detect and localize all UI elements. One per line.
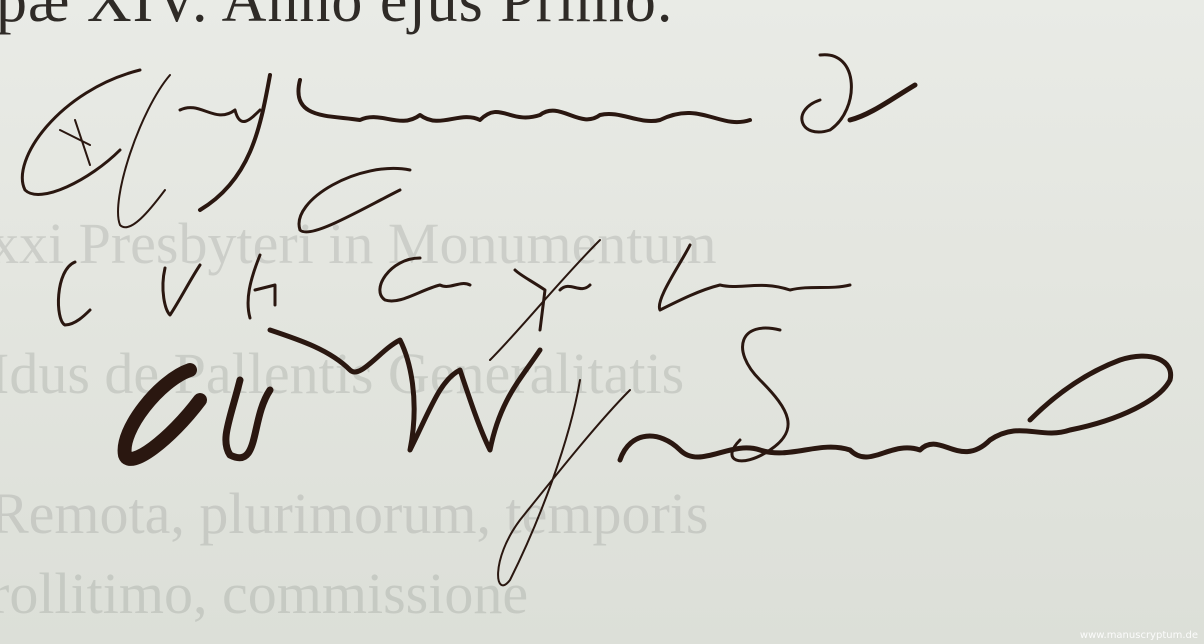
signature-second: C. V. A. Card. pro Lanceri — [60, 260, 73, 261]
handwritten-signatures-ink — [0, 0, 1204, 644]
manuscript-page: pæ XIV. Anno ejus Primo. xxi Presbyteri … — [0, 0, 1204, 644]
signature-cavalchini: A. Card. Cavalchini Dec. — [60, 80, 72, 81]
watermark-url: www.manuscryptum.de — [1080, 630, 1198, 641]
signature-third: M. G. Anthony Sforzano — [120, 380, 132, 381]
